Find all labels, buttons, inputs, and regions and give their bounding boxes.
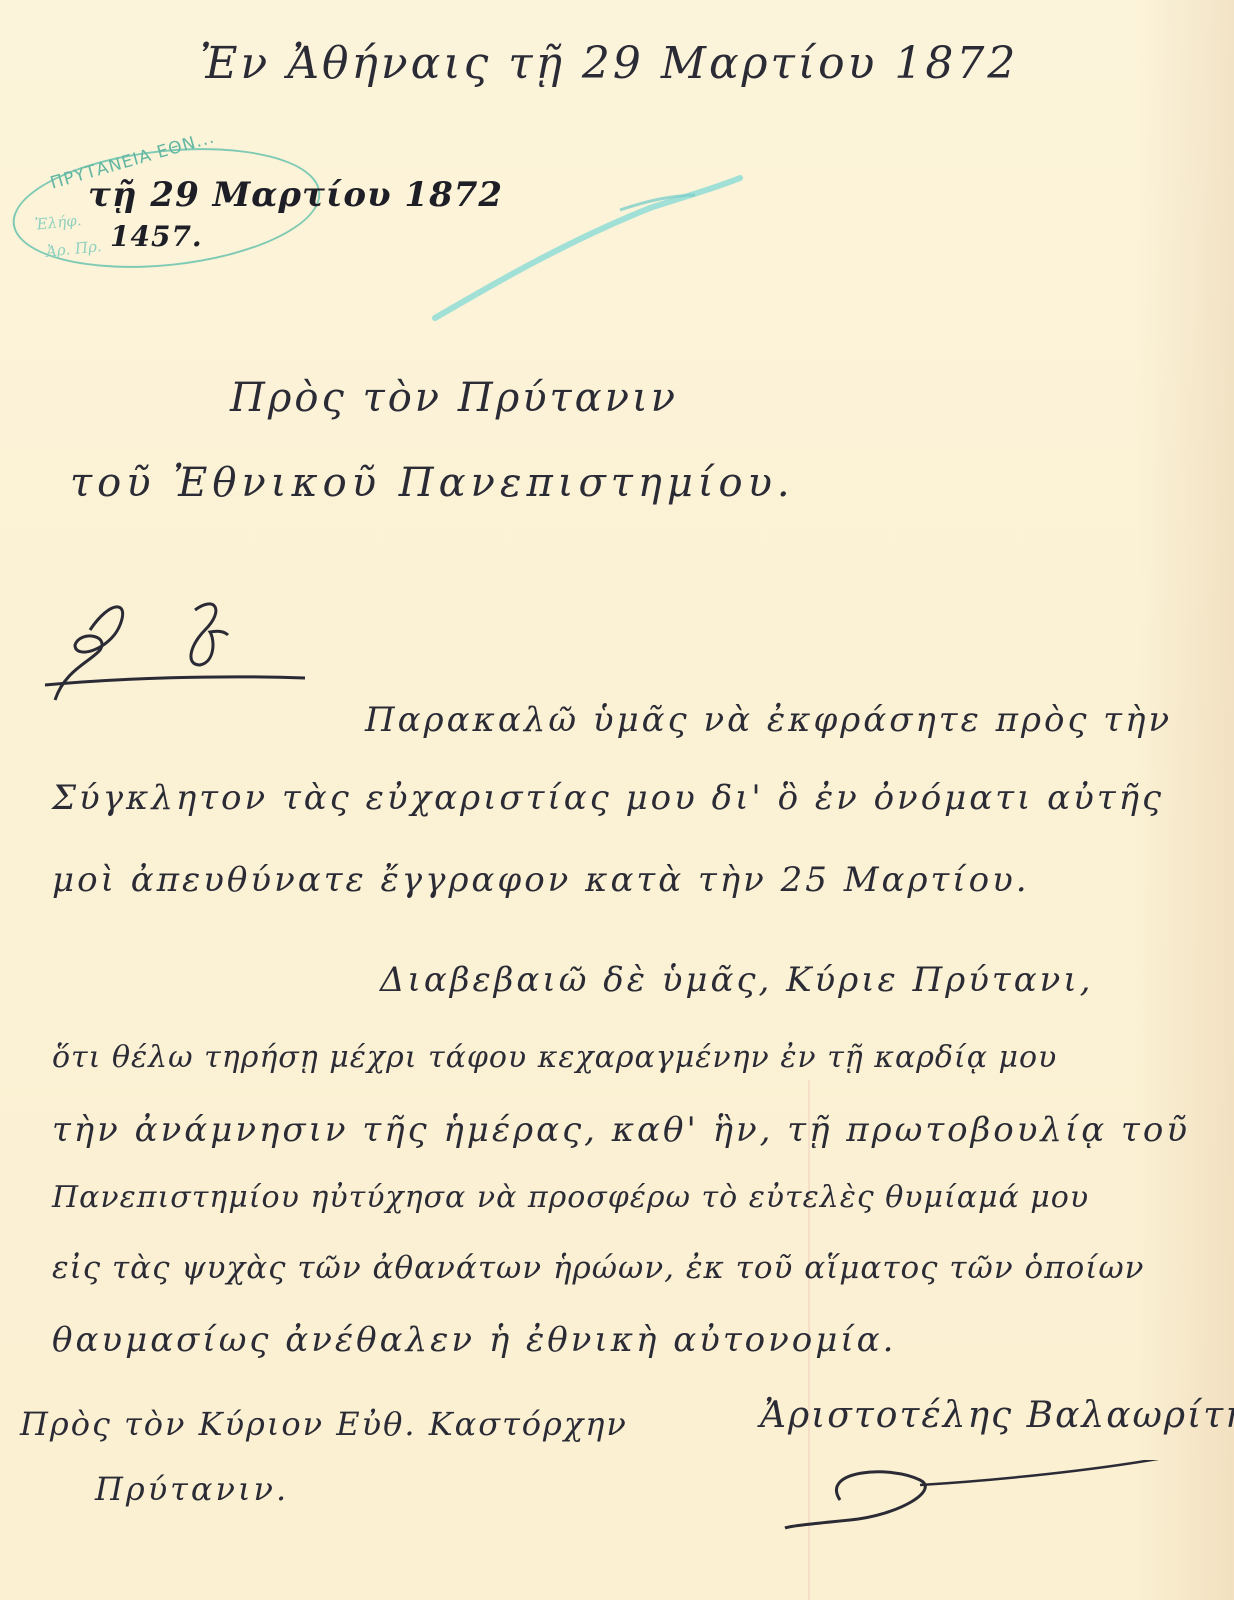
- addressee-line-2: τοῦ Ἐθνικοῦ Πανεπιστημίου.: [70, 460, 795, 506]
- body-line-4: Διαβεβαιῶ δὲ ὑμᾶς, Κύριε Πρύτανι,: [380, 960, 1093, 1000]
- body-line-6: τὴν ἀνάμνησιν τῆς ἡμέρας, καθ' ἣν, τῇ πρ…: [52, 1110, 1190, 1150]
- body-line-7: Πανεπιστημίου ηὐτύχησα νὰ προσφέρω τὸ εὐ…: [52, 1180, 1089, 1215]
- body-line-3: μοὶ ἀπευθύνατε ἔγγραφον κατὰ τὴν 25 Μαρτ…: [52, 860, 1030, 900]
- blue-crayon-stroke: [420, 160, 760, 330]
- signature-flourish: [780, 1460, 1200, 1530]
- body-line-9: θαυμασίως ἀνέθαλεν ἡ ἐθνικὴ αὐτονομία.: [52, 1320, 896, 1360]
- reference-mark-8: [20, 590, 320, 710]
- body-line-2: Σύγκλητον τὰς εὐχαριστίας μου δι' ὃ ἐν ὀ…: [52, 778, 1164, 818]
- body-line-8: εἰς τὰς ψυχὰς τῶν ἀθανάτων ἡρώων, ἐκ τοῦ…: [52, 1250, 1145, 1286]
- recipient-line-1: Πρὸς τὸν Κύριον Εὐθ. Καστόρχην: [20, 1405, 628, 1443]
- body-line-1: Παρακαλῶ ὑμᾶς νὰ ἐκφράσητε πρὸς τὴν: [365, 700, 1172, 740]
- addressee-line-1: Πρὸς τὸν Πρύτανιν: [230, 375, 678, 421]
- place-date-heading: Ἐν Ἀθήναις τῇ 29 Μαρτίου 1872: [200, 38, 1018, 89]
- stamp-protocol-number: 1457.: [110, 220, 203, 253]
- recipient-line-2: Πρύτανιν.: [95, 1470, 289, 1508]
- body-line-5: ὅτι θέλω τηρήσῃ μέχρι τάφου κεχαραγμένην…: [52, 1040, 1057, 1075]
- stamp-label-protocol: Ἀρ. Πρ.: [45, 237, 102, 261]
- signature: Ἀριστοτέλης Βαλαωρίτης: [760, 1395, 1234, 1436]
- stamp-label-received: Ἐλήφ.: [34, 211, 82, 234]
